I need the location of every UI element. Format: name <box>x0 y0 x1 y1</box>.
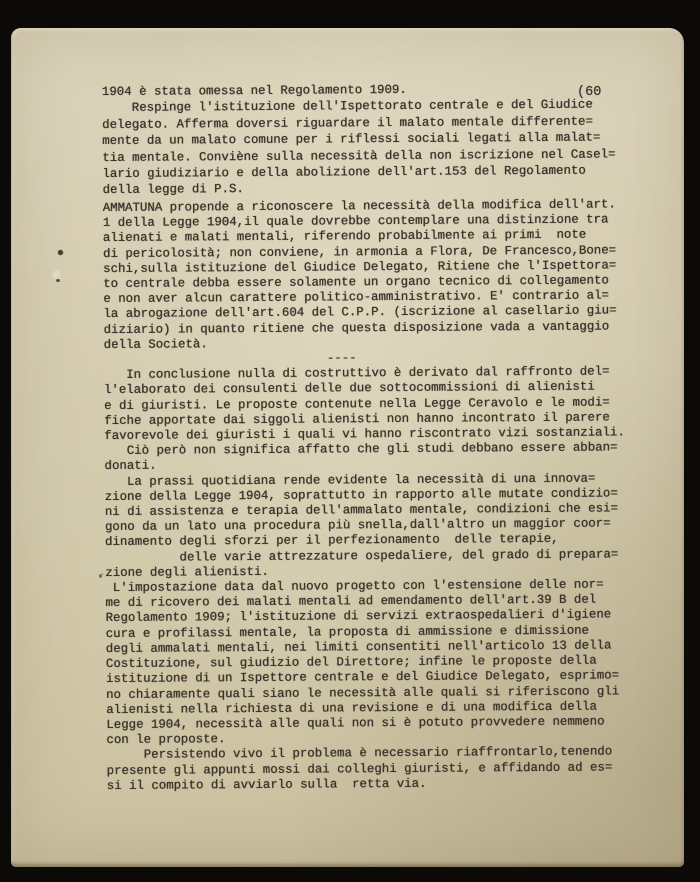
typewritten-text: 1904 è stata omessa nel Regolamento 1909… <box>10 24 689 868</box>
scan-background: (60 1904 è stata omessa nel Regolamento … <box>0 0 700 882</box>
document-page: (60 1904 è stata omessa nel Regolamento … <box>11 28 684 867</box>
main-text-block: AMMATUNA propende a riconoscere la neces… <box>103 197 628 794</box>
paragraph-conclusione: In conclusione nulla di costruttivo è de… <box>104 365 625 475</box>
paragraph-impostazione: L'impostazione data dal nuovo progetto c… <box>105 577 627 748</box>
paragraph-chiusura: Persistendo vivo il problema è necessari… <box>106 745 627 794</box>
paragraph-ammatuna: AMMATUNA propende a riconoscere la neces… <box>103 197 625 353</box>
paragraph-prassi: La prassi quotidiana rende evidente la n… <box>105 471 626 581</box>
paragraph-opening: 1904 è stata omessa nel Regolamento 1909… <box>102 80 616 198</box>
